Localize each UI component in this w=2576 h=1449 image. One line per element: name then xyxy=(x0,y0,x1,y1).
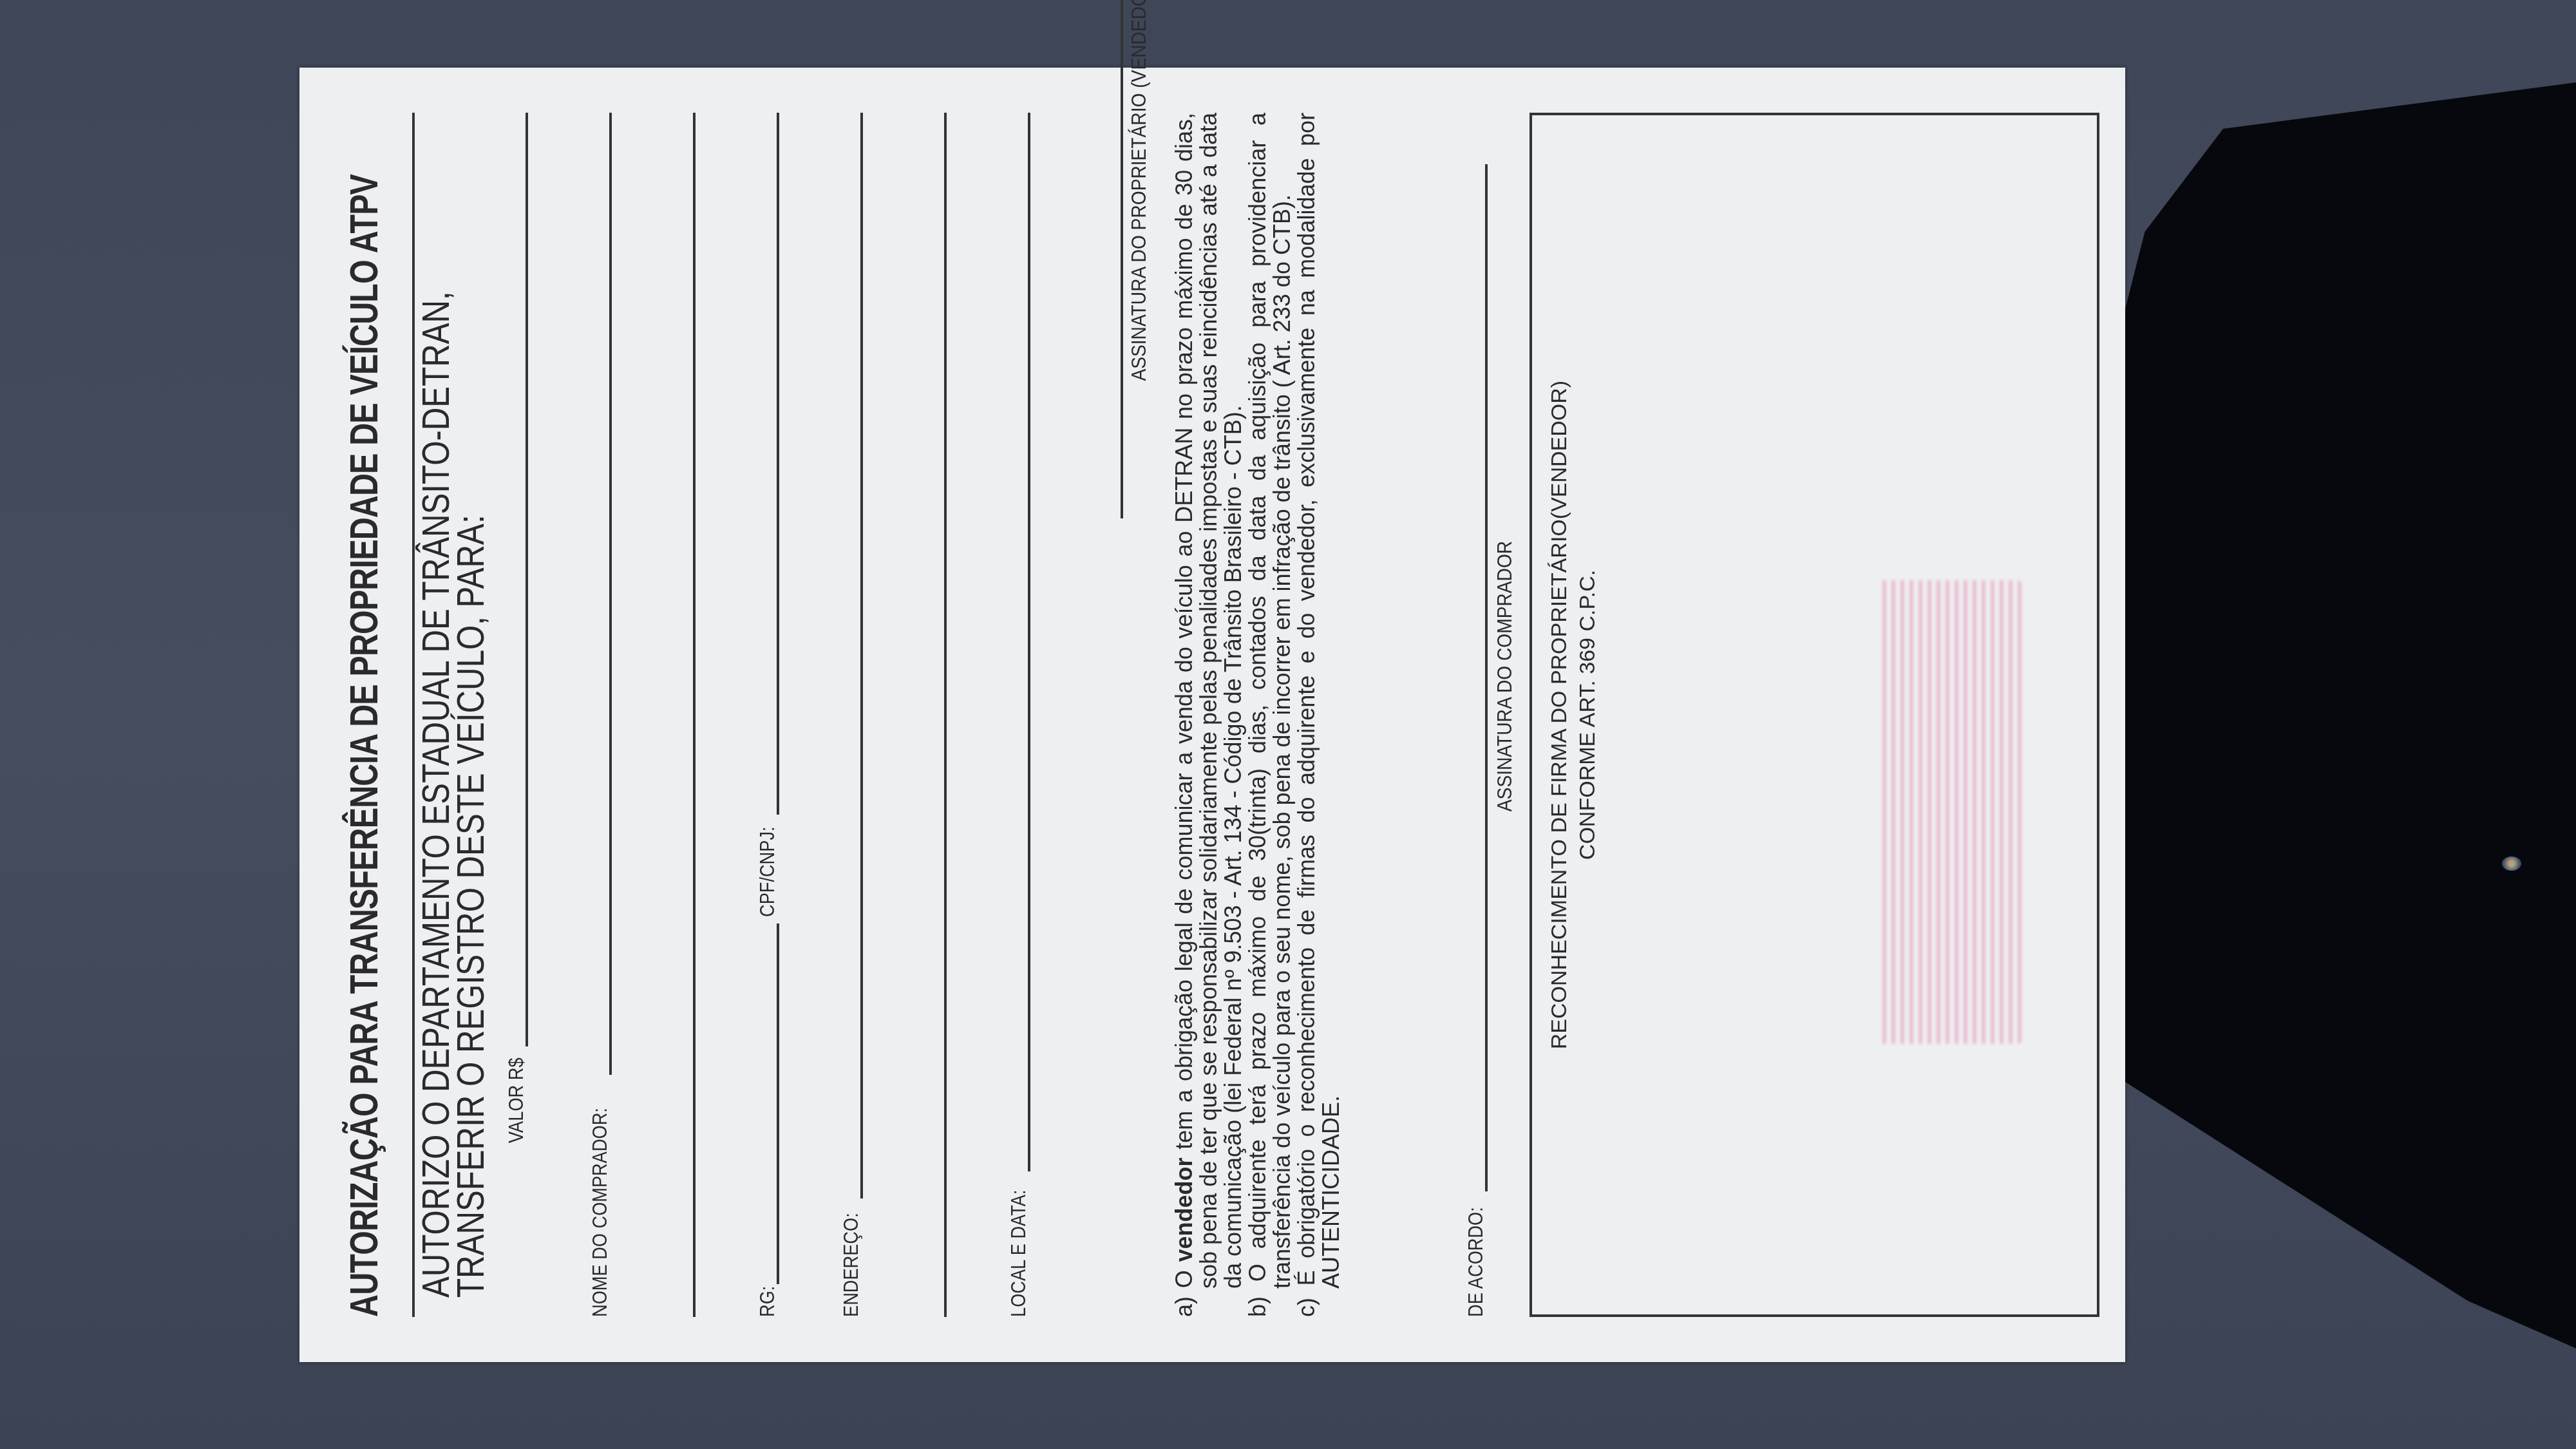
nome-comprador-label: NOME DO COMPRADOR: xyxy=(588,1108,612,1317)
clause-c: c) É obrigatório o reconhecimento de fir… xyxy=(1294,113,1343,1317)
legal-clauses: a) O vendedor tem a obrigação legal de c… xyxy=(1172,113,1343,1317)
local-data-label: LOCAL E DATA: xyxy=(1007,1189,1030,1317)
endereco-continuation[interactable] xyxy=(921,113,947,1317)
screw-head xyxy=(2502,857,2521,871)
cpf-cnpj-label: CPF/CNPJ: xyxy=(755,827,779,918)
nome-continuation-line[interactable] xyxy=(693,113,696,1317)
de-acordo-label: DE ACORDO: xyxy=(1464,1207,1488,1317)
de-acordo-field[interactable]: DE ACORDO: xyxy=(1462,164,1488,1317)
valor-input-line[interactable] xyxy=(526,113,528,1046)
nome-comprador-input-line[interactable] xyxy=(609,113,612,1075)
buyer-signature-line[interactable] xyxy=(1485,164,1488,1191)
clause-b: b) O adquirente terá prazo máximo de 30(… xyxy=(1245,113,1294,1317)
notary-line-1: RECONHECIMENTO DE FIRMA DO PROPRIETÁRIO(… xyxy=(1545,115,1573,1314)
nome-comprador-field[interactable]: NOME DO COMPRADOR: xyxy=(586,113,612,1317)
notary-recognition-box: RECONHECIMENTO DE FIRMA DO PROPRIETÁRIO(… xyxy=(1529,113,2099,1317)
valor-label: VALOR R$ xyxy=(504,1057,528,1143)
local-data-input-line[interactable] xyxy=(1028,113,1030,1171)
buyer-signature-caption: ASSINATURA DO COMPRADOR xyxy=(1493,225,1517,1126)
notary-box-text: RECONHECIMENTO DE FIRMA DO PROPRIETÁRIO(… xyxy=(1545,115,1602,1314)
background-shadow xyxy=(2125,77,2576,1365)
rg-cpf-row[interactable]: RG: CPF/CNPJ: xyxy=(753,113,779,1317)
seller-signature-line[interactable] xyxy=(1121,0,1123,518)
intro-line-2: TRANSFERIR O REGISTRO DESTE VEÍCULO, PAR… xyxy=(453,291,488,1298)
clause-a: a) O vendedor tem a obrigação legal de c… xyxy=(1172,113,1245,1317)
endereco-continuation-line[interactable] xyxy=(944,113,947,1317)
seller-signature-caption: ASSINATURA DO PROPRIETÁRIO (VENDEDOR) xyxy=(1127,0,1151,477)
form-title: AUTORIZAÇÃO PARA TRANSFERÊNCIA DE PROPRI… xyxy=(341,175,387,1317)
atpv-form: AUTORIZAÇÃO PARA TRANSFERÊNCIA DE PROPRI… xyxy=(299,68,2125,1362)
rg-label: RG: xyxy=(755,1286,779,1317)
rg-input-line[interactable] xyxy=(777,923,779,1284)
notary-line-2: CONFORME ART. 369 C.P.C. xyxy=(1573,115,1602,1314)
intro-text: AUTORIZO O DEPARTAMENTO ESTADUAL DE TRÂN… xyxy=(419,291,488,1298)
nome-comprador-continuation[interactable] xyxy=(670,113,696,1317)
endereco-input-line[interactable] xyxy=(860,113,863,1198)
cpf-cnpj-input-line[interactable] xyxy=(777,113,779,815)
notary-stamp xyxy=(1880,580,2022,1044)
valor-field[interactable]: VALOR R$ xyxy=(502,113,528,1143)
local-data-field[interactable]: LOCAL E DATA: xyxy=(1005,113,1030,1317)
endereco-field[interactable]: ENDEREÇO: xyxy=(837,113,863,1317)
endereco-label: ENDEREÇO: xyxy=(839,1213,863,1317)
intro-line-1: AUTORIZO O DEPARTAMENTO ESTADUAL DE TRÂN… xyxy=(419,291,453,1298)
